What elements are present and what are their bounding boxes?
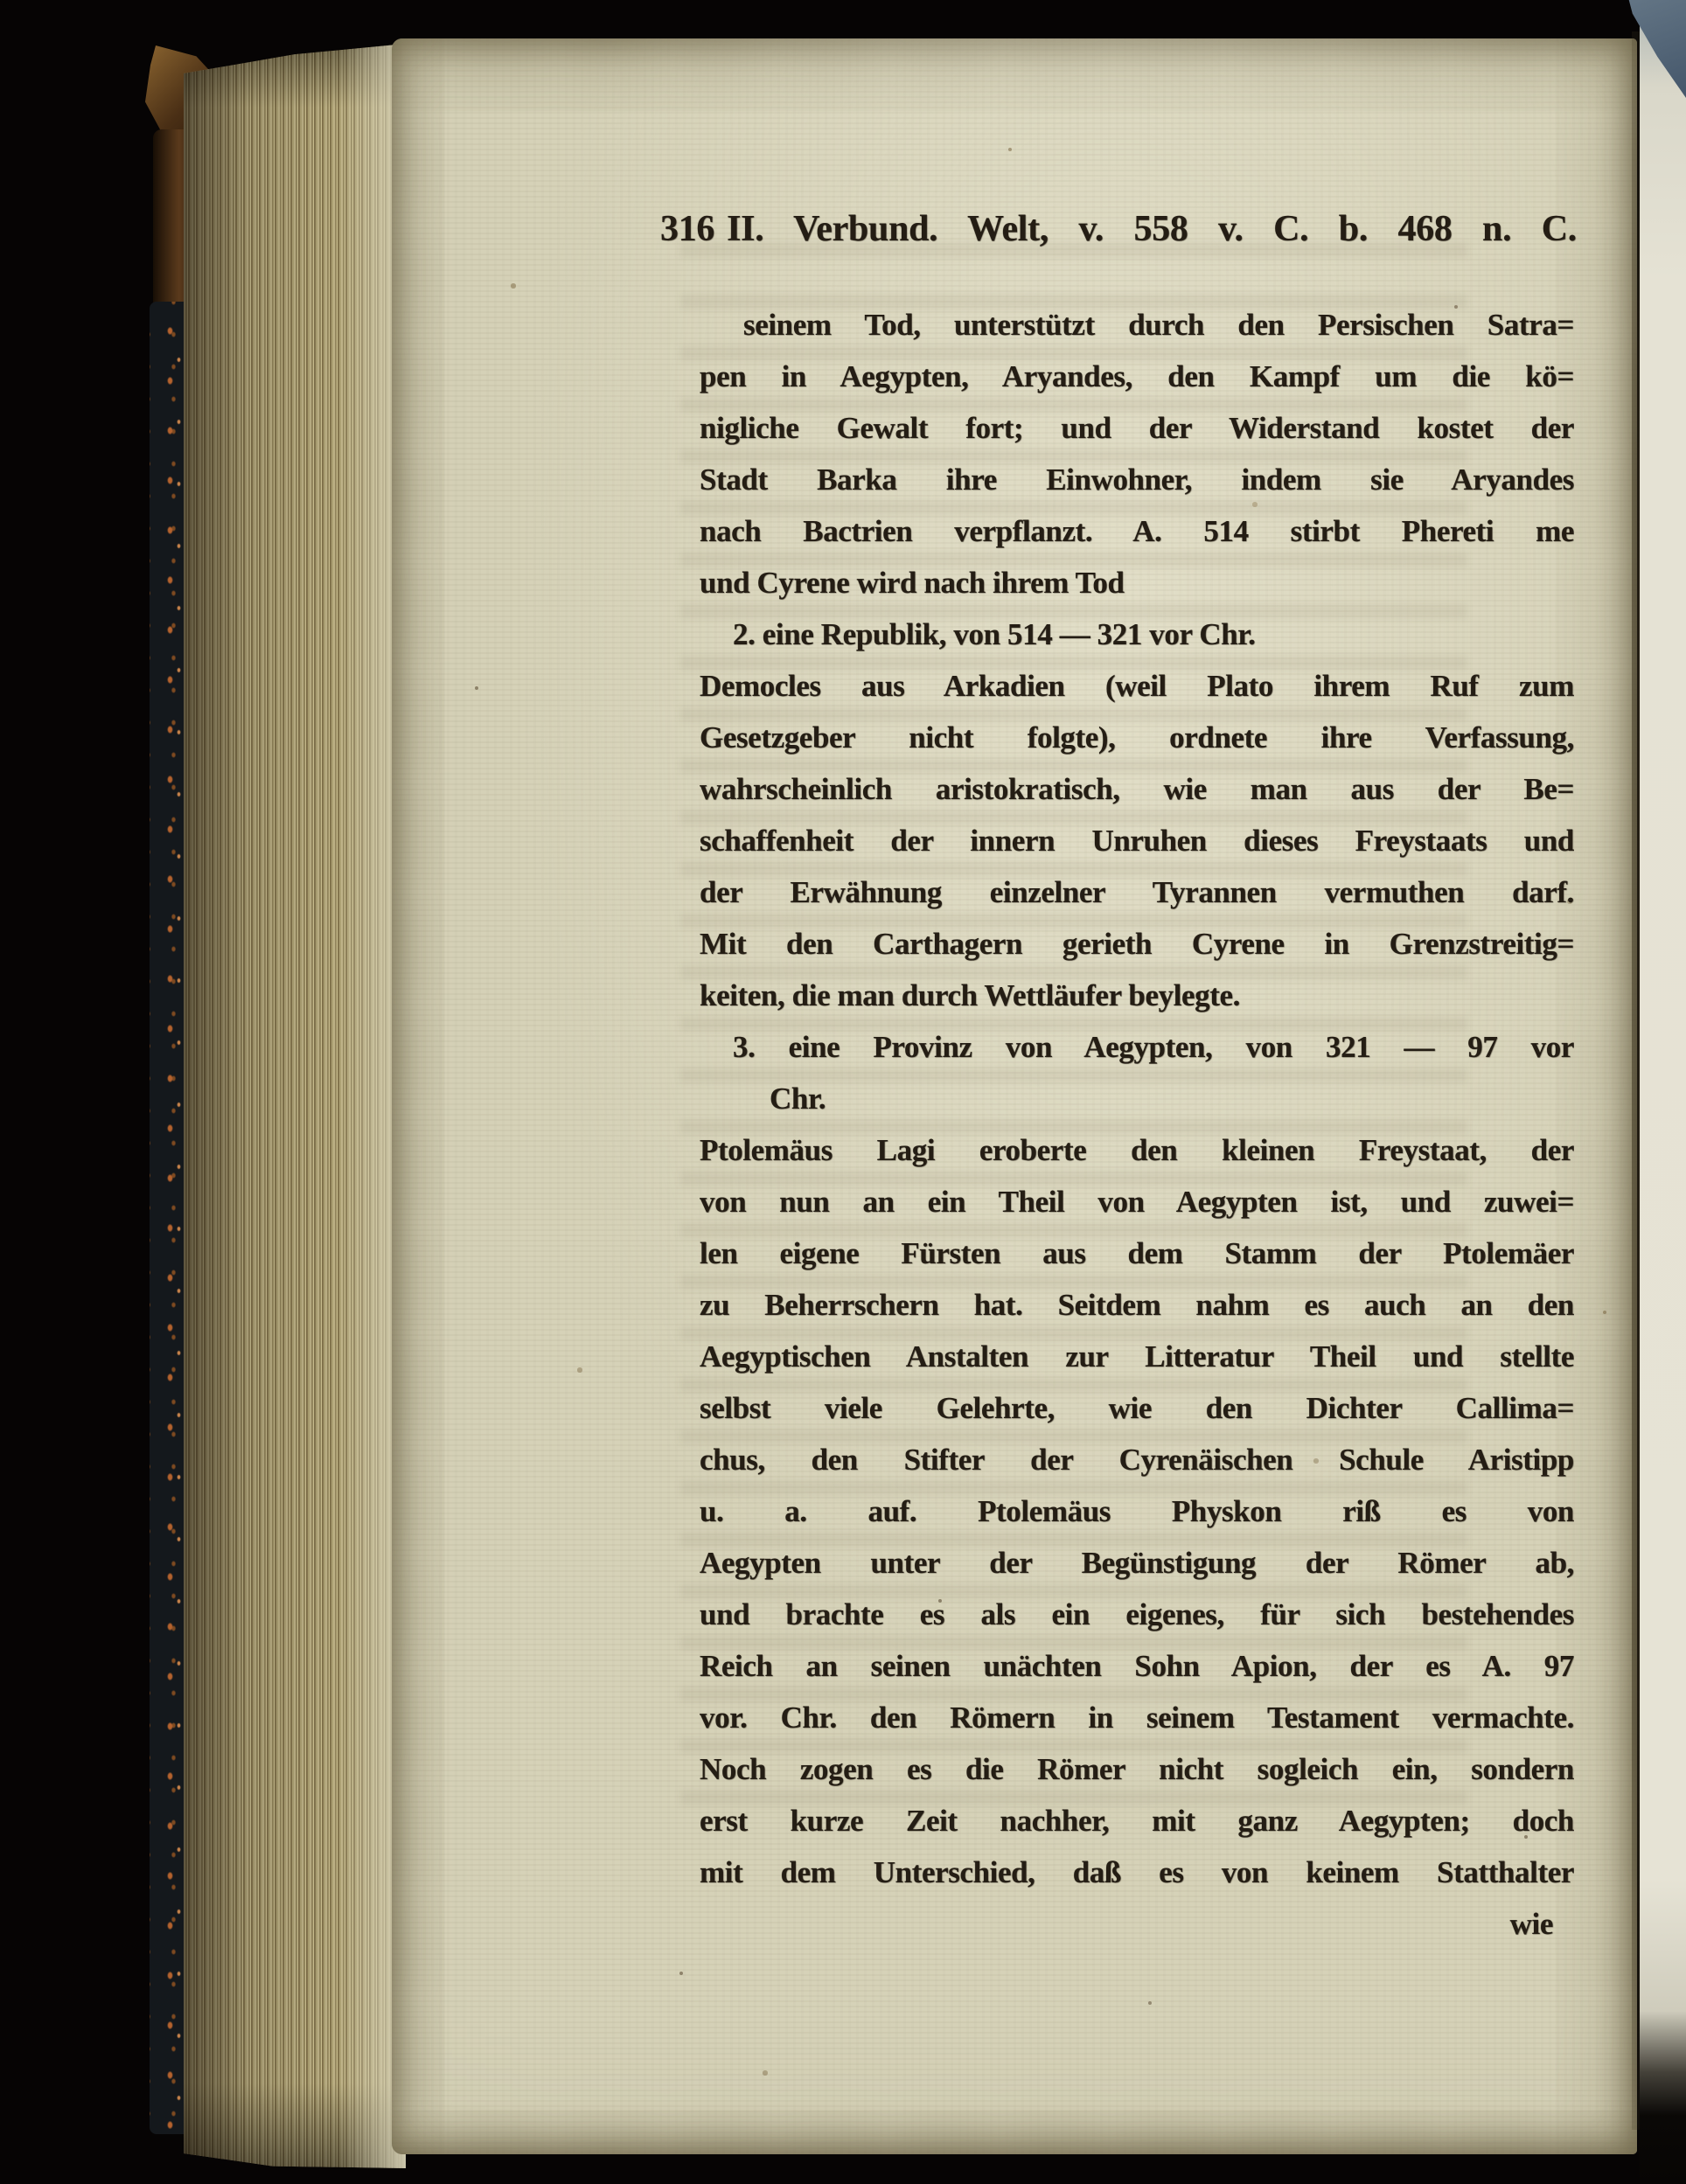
text-line: erst kurze Zeit nachher, mit ganz Aegypt…: [700, 1795, 1574, 1847]
line-text: seinem Tod, unterstützt durch den Persis…: [743, 308, 1574, 342]
running-title: II. Verbund. Welt, v. 558 v. C. b. 468 n…: [727, 209, 1577, 249]
text-line: 3. eine Provinz von Aegypten, von 321 — …: [700, 1021, 1574, 1073]
text-line: Mit den Carthagern gerieth Cyrene in Gre…: [700, 918, 1574, 970]
text-line: Chr.: [700, 1073, 1574, 1124]
text-line: Reich an seinen unächten Sohn Apion, der…: [700, 1640, 1574, 1692]
text-line: Democles aus Arkadien (weil Plato ihrem …: [700, 660, 1574, 712]
text-line: von nun an ein Theil von Aegypten ist, u…: [700, 1176, 1574, 1228]
text-line: Gesetzgeber nicht folgte), ordnete ihre …: [700, 712, 1574, 763]
catchword: wie: [700, 1898, 1574, 1950]
text-line: Ptolemäus Lagi eroberte den kleinen Frey…: [700, 1124, 1574, 1176]
book-page: 316II. Verbund. Welt, v. 558 v. C. b. 46…: [392, 38, 1637, 2154]
text-line: len eigene Fürsten aus dem Stamm der Pto…: [700, 1228, 1574, 1279]
text-line: schaffenheit der innern Unruhen dieses F…: [700, 815, 1574, 866]
text-line: zu Beherrschern hat. Seitdem nahm es auc…: [700, 1279, 1574, 1331]
text-line: v.Chr.seinem Tod, unterstützt durch den …: [700, 299, 1574, 351]
text-line: und brachte es als ein eigenes, für sich…: [700, 1589, 1574, 1640]
text-line: der Erwähnung einzelner Tyrannen vermuth…: [700, 866, 1574, 918]
text-line: wahrscheinlich aristokratisch, wie man a…: [700, 763, 1574, 815]
text-line: Aegypten unter der Begünstigung der Röme…: [700, 1537, 1574, 1589]
scanned-book-photo: 316II. Verbund. Welt, v. 558 v. C. b. 46…: [0, 0, 1686, 2184]
page-number: 316: [660, 209, 714, 249]
margin-note: v.Chr.: [700, 299, 737, 351]
text-line: nach Bactrien verpflanzt. A. 514 stirbt …: [700, 505, 1574, 557]
text-line: u. a. auf. Ptolemäus Physkon riß es von: [700, 1485, 1574, 1537]
catchword-block: wie: [700, 1898, 1574, 1950]
next-page-edge: [1640, 0, 1686, 2184]
text-line: und Cyrene wird nach ihrem Tod: [700, 557, 1574, 609]
text-line: Stadt Barka ihre Einwohner, indem sie Ar…: [700, 454, 1574, 505]
text-line: chus, den Stifter der Cyrenäischen Schul…: [700, 1434, 1574, 1485]
text-line: vor. Chr. den Römern in seinem Testament…: [700, 1692, 1574, 1743]
text-block: v.Chr.seinem Tod, unterstützt durch den …: [700, 299, 1574, 1898]
text-line: keiten, die man durch Wettläufer beylegt…: [700, 970, 1574, 1021]
text-line: selbst viele Gelehrte, wie den Dichter C…: [700, 1382, 1574, 1434]
text-line: Noch zogen es die Römer nicht sogleich e…: [700, 1743, 1574, 1795]
running-header: 316II. Verbund. Welt, v. 558 v. C. b. 46…: [660, 201, 1577, 257]
text-line: 2. eine Republik, von 514 — 321 vor Chr.: [700, 609, 1574, 660]
paper-specks: [392, 38, 394, 40]
page-fore-edge-stack: [184, 44, 406, 2168]
text-line: pen in Aegypten, Aryandes, den Kampf um …: [700, 351, 1574, 402]
text-line: nigliche Gewalt fort; und der Widerstand…: [700, 402, 1574, 454]
text-line: mit dem Unterschied, daß es von keinem S…: [700, 1847, 1574, 1898]
text-line: Aegyptischen Anstalten zur Litteratur Th…: [700, 1331, 1574, 1382]
